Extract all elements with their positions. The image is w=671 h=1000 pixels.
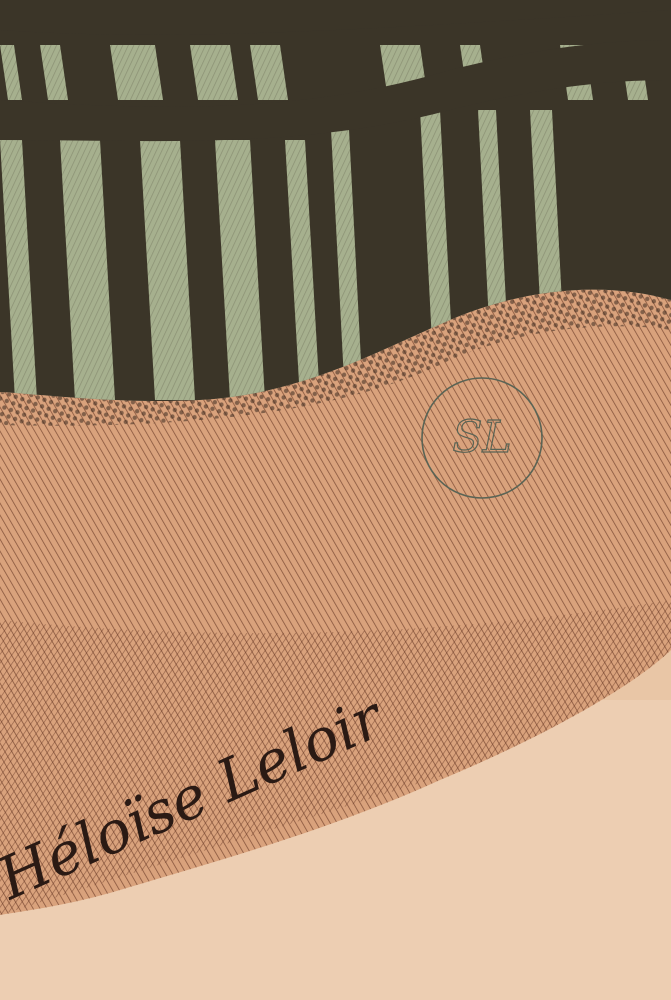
engraving-photo: SL Héloïse Leloir xyxy=(0,0,671,1000)
engraving-artwork: SL Héloïse Leloir xyxy=(0,0,671,1000)
svg-text:SL: SL xyxy=(452,412,511,463)
